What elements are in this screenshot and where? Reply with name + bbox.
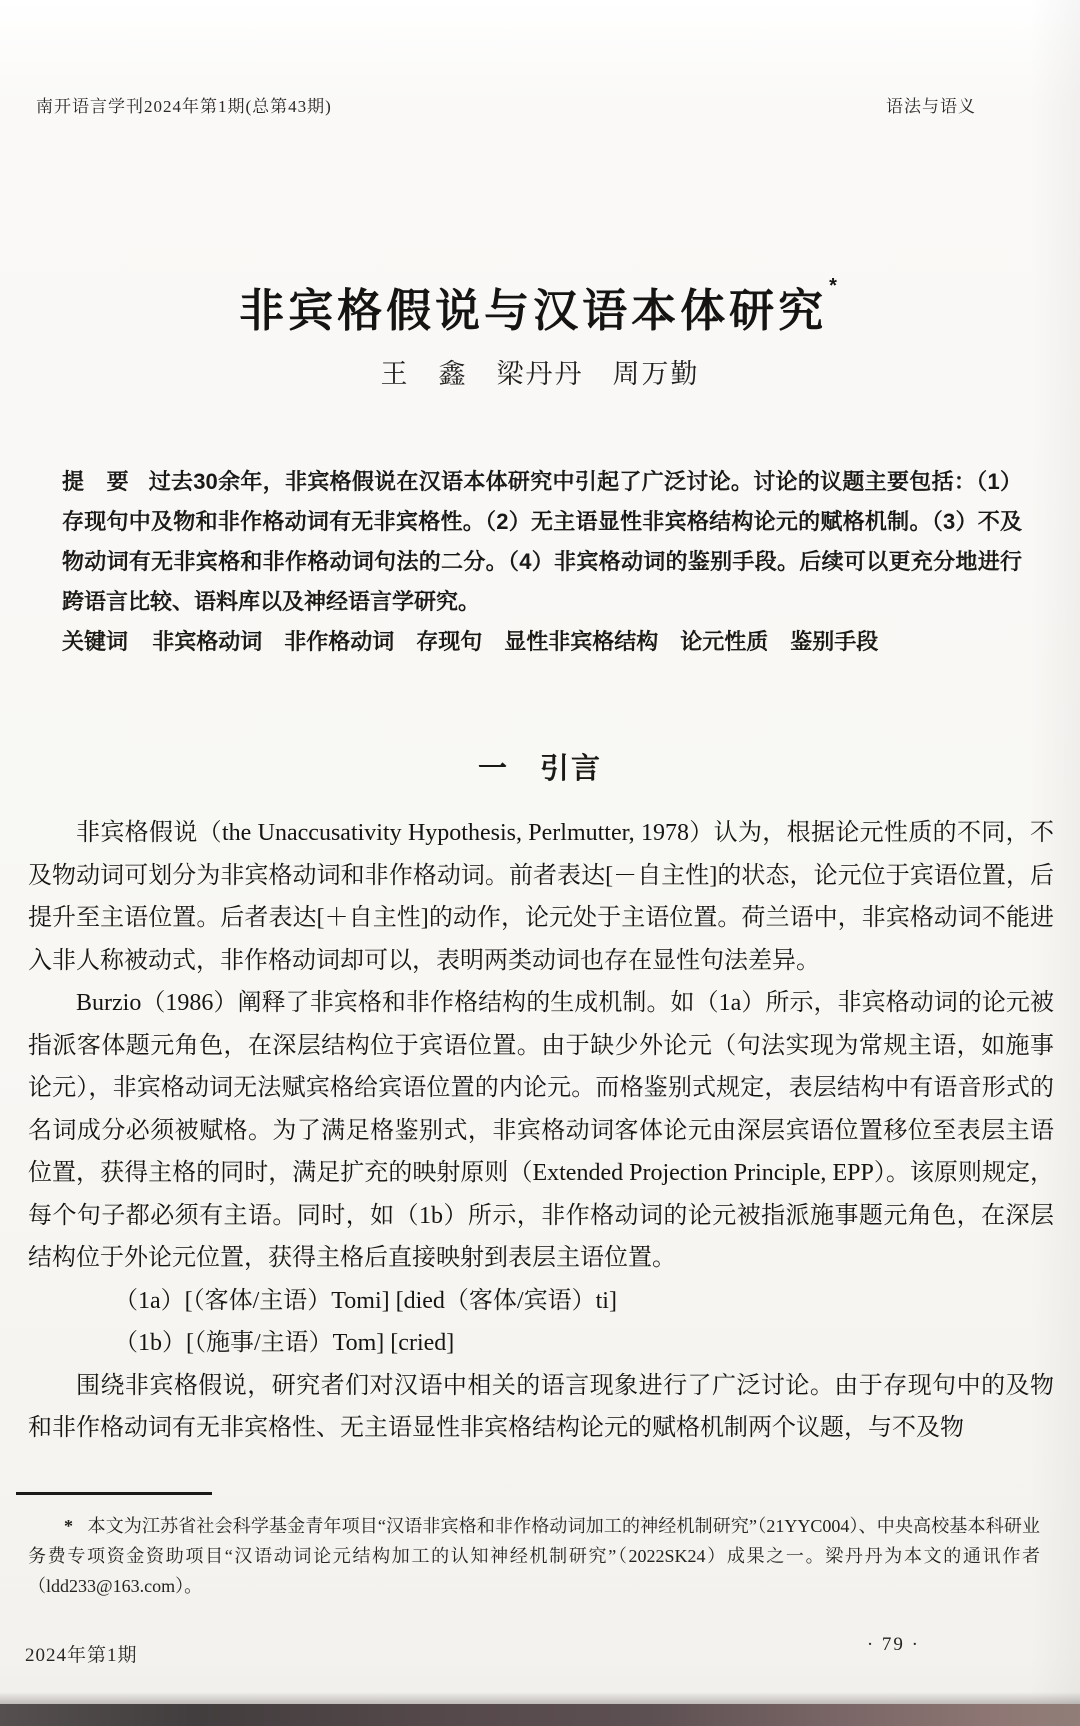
keywords-line: 关键词非宾格动词 非作格动词 存现句 显性非宾格结构 论元性质 鉴别手段 bbox=[62, 622, 1022, 662]
abstract-block: 提 要过去30余年，非宾格假说在汉语本体研究中引起了广泛讨论。讨论的议题主要包括… bbox=[62, 462, 1022, 662]
footnote-text: *本文为江苏省社会科学基金青年项目“汉语非宾格和非作格动词加工的神经机制研究”（… bbox=[28, 1511, 1040, 1601]
photo-edge-strip bbox=[0, 1704, 1080, 1726]
abstract-text: 过去30余年，非宾格假说在汉语本体研究中引起了广泛讨论。讨论的议题主要包括：（1… bbox=[62, 469, 1022, 614]
paper-title: 非宾格假说与汉语本体研究* bbox=[0, 274, 1080, 339]
title-footnote-marker: * bbox=[829, 275, 841, 297]
article-body: 非宾格假说（the Unaccusativity Hypothesis, Per… bbox=[28, 812, 1054, 1450]
abstract-paragraph: 提 要过去30余年，非宾格假说在汉语本体研究中引起了广泛讨论。讨论的议题主要包括… bbox=[62, 462, 1022, 622]
photo-edge-fade bbox=[0, 1692, 1080, 1704]
footnote-marker: * bbox=[64, 1516, 73, 1536]
running-head-right: 语法与语义 bbox=[886, 92, 976, 117]
body-paragraph-3: 围绕非宾格假说，研究者们对汉语中相关的语言现象进行了广泛讨论。由于存现句中的及物… bbox=[28, 1365, 1054, 1450]
running-head-left: 南开语言学刊2024年第1期(总第43期) bbox=[36, 92, 332, 117]
footer-issue-label: 2024年第1期 bbox=[25, 1640, 138, 1667]
example-line-1b: （1b）[（施事/主语）Tom] [cried] bbox=[28, 1322, 1054, 1365]
journal-page-scan: 南开语言学刊2024年第1期(总第43期) 语法与语义 非宾格假说与汉语本体研究… bbox=[0, 0, 1080, 1726]
footnote-divider bbox=[16, 1492, 212, 1495]
body-paragraph-2: Burzio（1986）阐释了非宾格和非作格结构的生成机制。如（1a）所示，非宾… bbox=[28, 982, 1054, 1280]
keywords-text: 非宾格动词 非作格动词 存现句 显性非宾格结构 论元性质 鉴别手段 bbox=[152, 629, 878, 654]
footer-page-number: · 79 · bbox=[867, 1634, 920, 1656]
footnote-body: 本文为江苏省社会科学基金青年项目“汉语非宾格和非作格动词加工的神经机制研究”（2… bbox=[28, 1516, 1040, 1596]
paper-title-text: 非宾格假说与汉语本体研究 bbox=[239, 285, 827, 336]
section-heading-introduction: 一 引言 bbox=[0, 746, 1080, 787]
running-head: 南开语言学刊2024年第1期(总第43期) 语法与语义 bbox=[36, 92, 976, 117]
example-line-1a: （1a）[（客体/主语）Tomi] [died（客体/宾语）ti] bbox=[28, 1280, 1054, 1323]
footnote-area: *本文为江苏省社会科学基金青年项目“汉语非宾格和非作格动词加工的神经机制研究”（… bbox=[28, 1492, 1040, 1601]
authors-line: 王 鑫 梁丹丹 周万勤 bbox=[0, 352, 1080, 391]
body-paragraph-1: 非宾格假说（the Unaccusativity Hypothesis, Per… bbox=[28, 812, 1054, 982]
keywords-label: 关键词 bbox=[62, 629, 128, 654]
abstract-label: 提 要 bbox=[62, 469, 129, 494]
